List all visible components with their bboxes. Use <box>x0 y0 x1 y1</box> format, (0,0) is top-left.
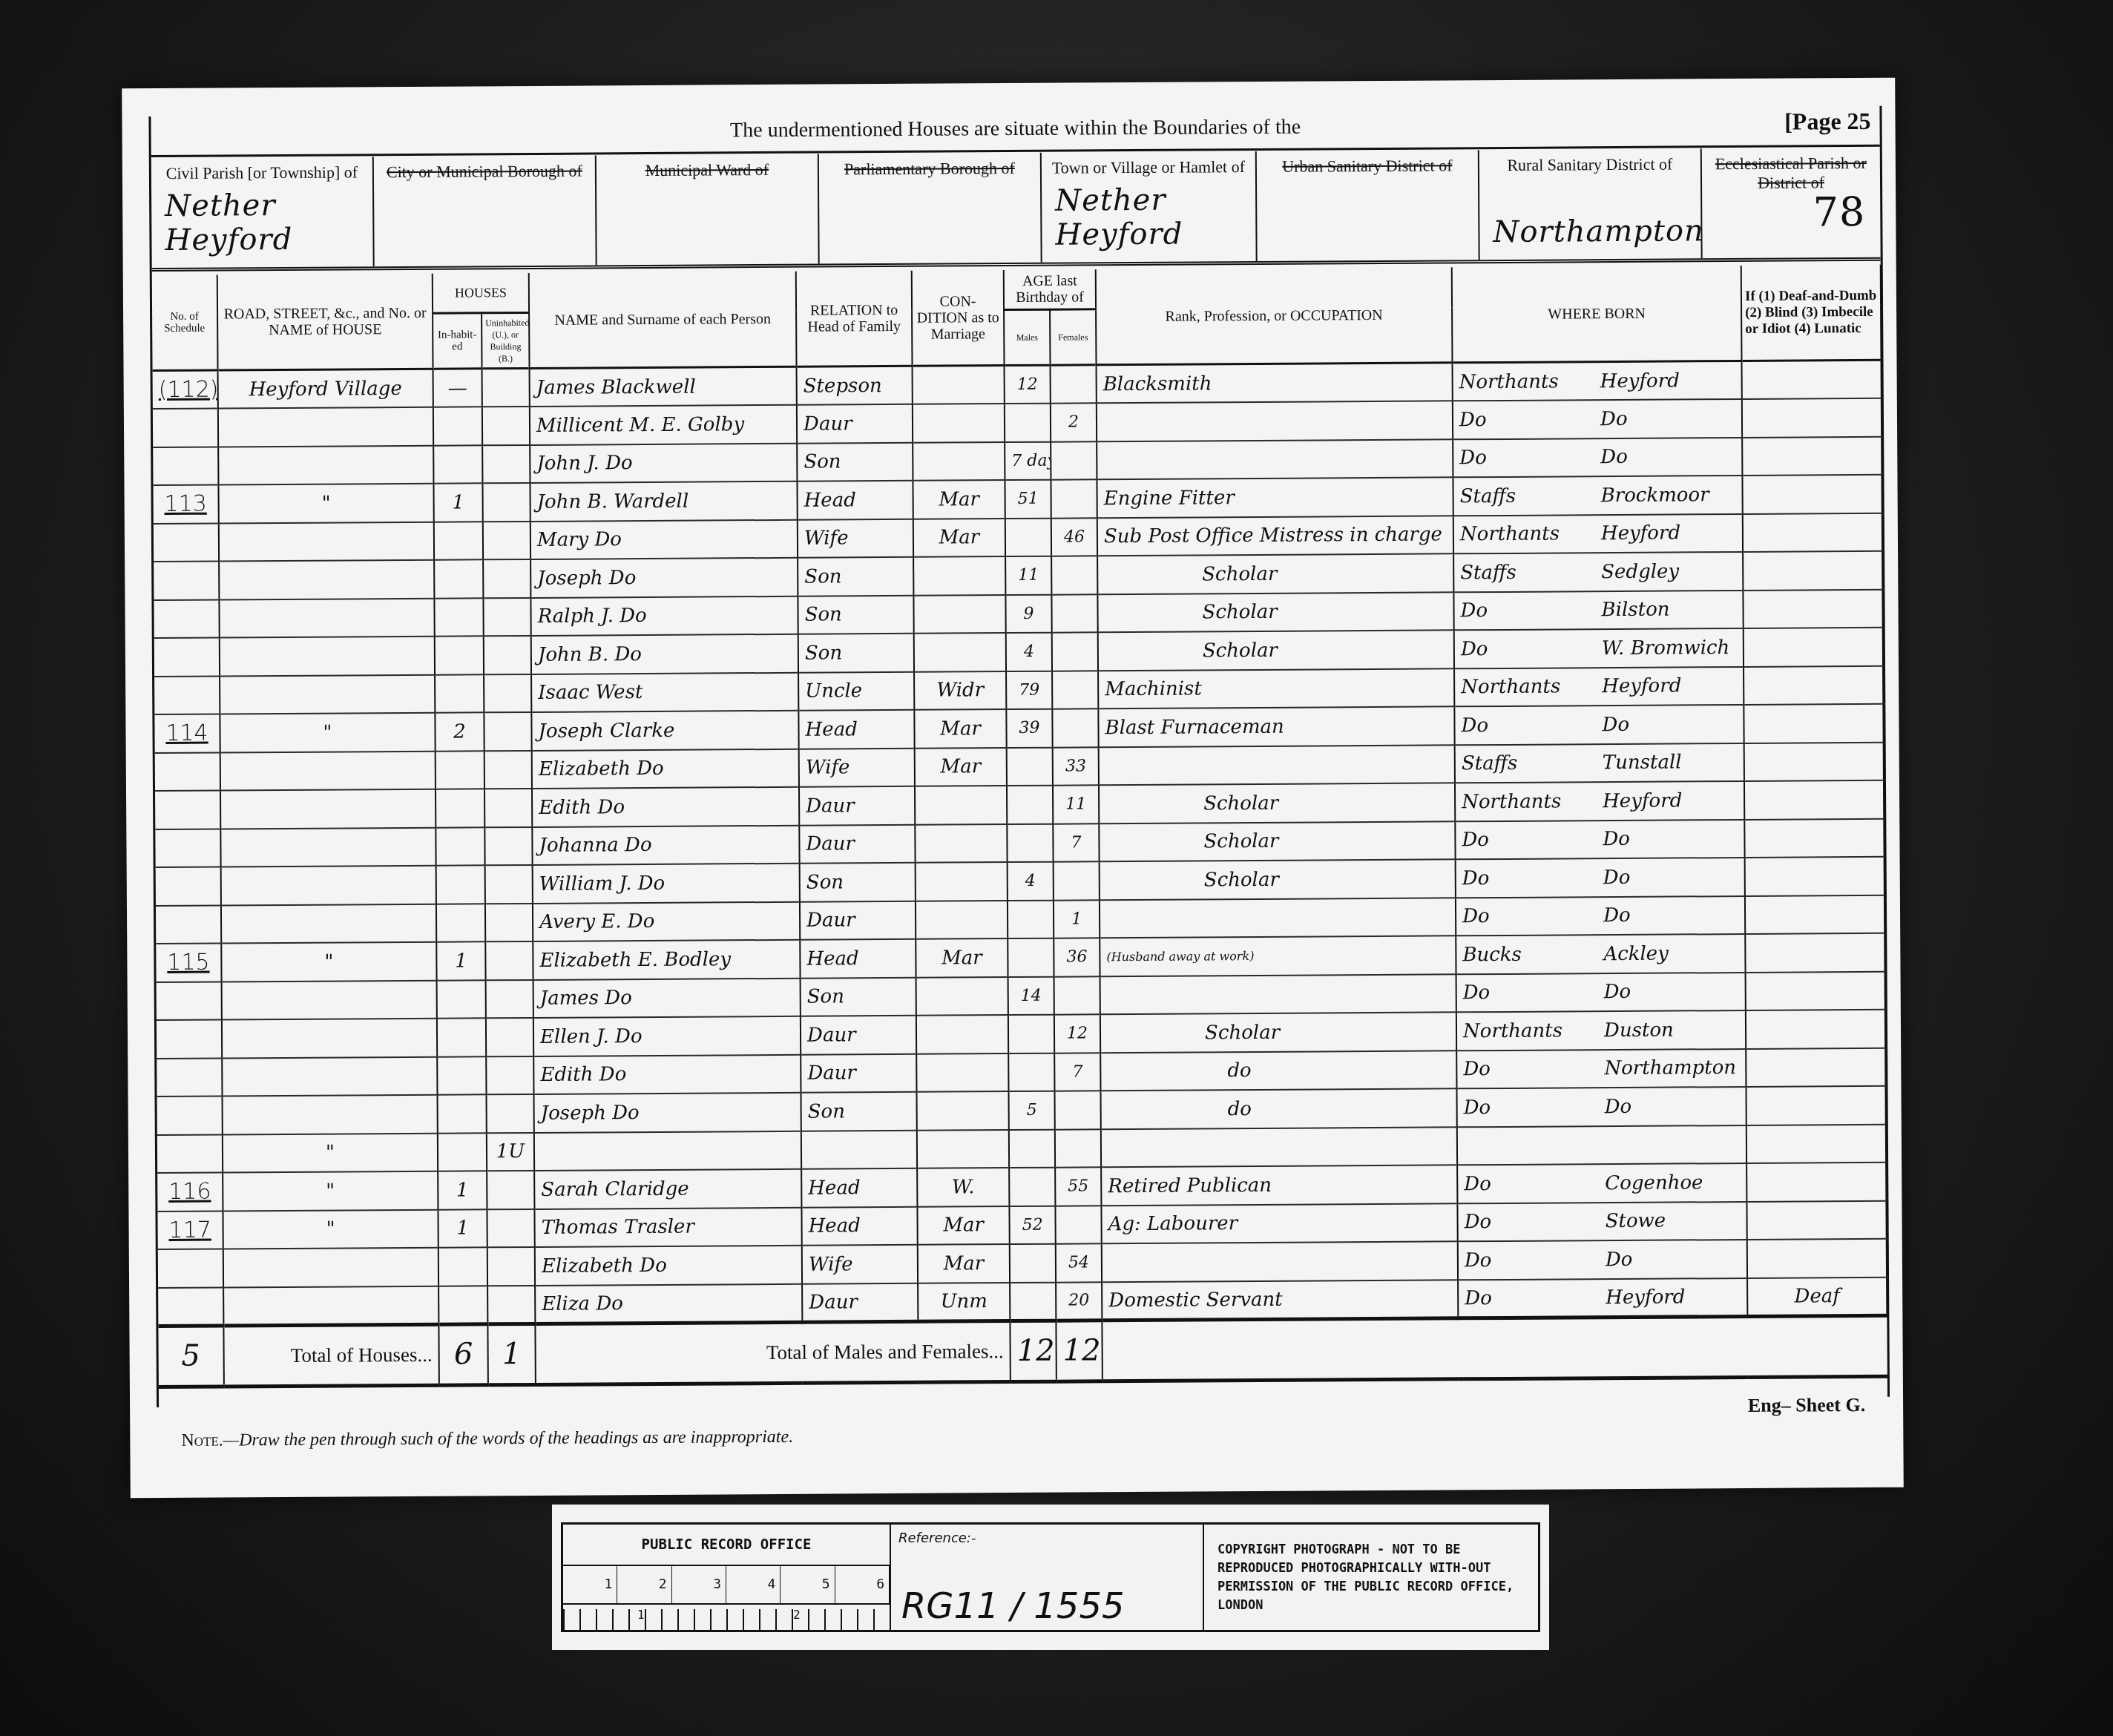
female-age-cell <box>1052 671 1098 709</box>
birth-county: Do <box>1464 1172 1605 1195</box>
birthplace-cell: DoDo <box>1456 858 1745 898</box>
name-cell: Joseph Do <box>534 1093 801 1133</box>
male-age-cell: 52 <box>1009 1206 1055 1244</box>
record-office-label: PUBLIC RECORD OFFICE 123456 1 2 Referenc… <box>552 1505 1549 1650</box>
uninhabited-cell: 1U <box>487 1132 534 1171</box>
uninhabited-cell <box>484 636 531 674</box>
female-age-cell: 2 <box>1051 403 1097 441</box>
male-age-cell: 39 <box>1006 709 1052 748</box>
birthplace-cell: DoDo <box>1453 399 1742 439</box>
inhabited-cell: 1 <box>436 941 485 980</box>
total-inhabited: 6 <box>438 1324 487 1384</box>
road-cell <box>223 1248 438 1287</box>
birth-place: Do <box>1604 981 1631 1003</box>
infirmity-cell <box>1746 1163 1886 1202</box>
condition-cell <box>916 1015 1008 1053</box>
col-females: Females <box>1050 309 1096 365</box>
occupation-cell: Scholar <box>1100 859 1456 899</box>
name-cell: John B. Wardell <box>530 481 797 522</box>
schedule-cell: 114 <box>154 714 220 753</box>
road-cell: " <box>221 942 436 982</box>
road-cell <box>220 637 435 676</box>
uninhabited-cell <box>487 1285 535 1324</box>
inhabited-cell <box>434 522 483 560</box>
birth-place: Heyford <box>1601 522 1680 545</box>
schedule-cell: (112) <box>153 370 218 409</box>
female-age-cell: 11 <box>1053 785 1099 823</box>
birthplace-cell: StaffsBrockmoor <box>1453 476 1742 516</box>
birthplace-cell: DoHeyford <box>1458 1278 1747 1318</box>
uninhabited-cell <box>484 789 532 827</box>
total-schedules: 5 <box>158 1326 223 1387</box>
office-name: PUBLIC RECORD OFFICE <box>563 1525 890 1566</box>
female-age-cell <box>1051 556 1097 594</box>
female-age-cell <box>1054 861 1100 900</box>
birth-county: Do <box>1461 637 1602 660</box>
district-field: City or Municipal Borough of <box>374 155 597 266</box>
col-uninhabited: Uninhabited (U.), or Building (B.) <box>482 312 529 368</box>
schedule-cell <box>155 791 220 829</box>
road-cell <box>219 560 434 599</box>
col-schedule: No. of Schedule <box>152 275 218 371</box>
female-age-cell: 7 <box>1054 1053 1100 1091</box>
name-cell: John B. Do <box>531 634 798 674</box>
male-age-cell: 11 <box>1005 556 1051 595</box>
male-age-cell: 4 <box>1006 633 1052 671</box>
relation-cell: Son <box>800 863 916 901</box>
infirmity-cell <box>1746 1010 1885 1049</box>
name-cell: Ralph J. Do <box>530 596 798 636</box>
birth-county: Do <box>1461 714 1602 737</box>
ruler-mark: 2 <box>793 1608 801 1622</box>
district-field: Municipal Ward of <box>597 154 820 266</box>
birthplace-cell: NorthantsDuston <box>1456 1010 1746 1051</box>
inhabited-cell <box>436 789 484 827</box>
relation-cell <box>801 1130 917 1168</box>
birthplace-cell: StaffsSedgley <box>1453 552 1743 592</box>
birth-place: Do <box>1600 446 1628 468</box>
male-age-cell: 9 <box>1005 594 1051 633</box>
schedule-cell: 113 <box>153 485 218 524</box>
birthplace-cell: StaffsTunstall <box>1455 743 1744 783</box>
inhabited-cell <box>436 827 484 866</box>
total-persons-label: Total of Males and Females... <box>535 1321 1010 1384</box>
infirmity-cell <box>1744 818 1884 858</box>
district-label: Ecclesiastical Parish or District of <box>1709 154 1873 193</box>
schedule-cell: 115 <box>156 944 221 982</box>
birth-place: Do <box>1600 408 1628 430</box>
infirmity-cell <box>1745 857 1884 896</box>
ruler-mark: 1 <box>637 1608 645 1622</box>
occupation-cell: Ag: Labourer <box>1101 1203 1457 1243</box>
schedule-cell <box>153 447 218 485</box>
district-label: Municipal Ward of <box>604 160 810 181</box>
occupation-cell: Retired Publican <box>1101 1165 1457 1205</box>
col-males: Males <box>1004 309 1050 365</box>
inhabited-cell: 1 <box>438 1171 487 1209</box>
male-age-cell: 5 <box>1009 1091 1055 1130</box>
inhabited-cell <box>436 865 485 904</box>
district-value: Northampton <box>1493 214 1704 249</box>
relation-cell: Head <box>801 1206 917 1245</box>
birth-county: Do <box>1459 446 1600 469</box>
birth-place: Duston <box>1604 1019 1674 1042</box>
occupation-cell: (Husband away at work) <box>1100 936 1456 976</box>
name-cell: James Blackwell <box>530 366 797 407</box>
male-age-cell <box>1007 747 1053 786</box>
infirmity-cell <box>1746 1048 1885 1087</box>
male-age-cell: 12 <box>1005 365 1051 404</box>
schedule-cell <box>158 1249 223 1288</box>
uninhabited-cell <box>483 559 530 598</box>
relation-cell: Daur <box>801 1016 916 1054</box>
district-label: Civil Parish [or Township] of <box>159 162 365 183</box>
infirmity-cell <box>1743 589 1882 628</box>
occupation-cell <box>1097 439 1453 479</box>
district-field: Civil Parish [or Township] ofNether Heyf… <box>151 157 375 268</box>
road-cell <box>222 1019 437 1058</box>
condition-cell: Mar <box>918 1244 1010 1283</box>
condition-cell: Mar <box>917 1206 1009 1245</box>
infirmity-cell <box>1744 628 1883 667</box>
relation-cell: Wife <box>802 1245 918 1283</box>
relation-cell: Head <box>798 710 914 749</box>
schedule-cell <box>156 867 221 906</box>
male-age-cell <box>1010 1282 1056 1321</box>
col-houses: HOUSES <box>433 273 529 313</box>
male-age-cell <box>1008 900 1054 938</box>
inhabited-cell <box>438 1133 487 1171</box>
birth-place: Sedgley <box>1601 560 1679 583</box>
birthplace-cell: DoStowe <box>1457 1201 1746 1241</box>
inhabited-cell <box>437 980 486 1019</box>
col-where-born: WHERE BORN <box>1452 266 1742 363</box>
schedule-cell <box>154 676 220 714</box>
infirmity-cell <box>1745 933 1884 973</box>
birthplace-cell: BucksAckley <box>1456 934 1745 974</box>
birth-county: Northants <box>1462 790 1603 813</box>
birth-county: Staffs <box>1460 484 1601 507</box>
schedule-cell <box>154 599 219 638</box>
uninhabited-cell <box>485 865 533 904</box>
birth-place: Bilston <box>1601 599 1669 622</box>
occupation-cell: do <box>1101 1088 1457 1128</box>
birth-county: Do <box>1465 1210 1606 1233</box>
infirmity-cell <box>1742 436 1882 476</box>
birth-county: Northants <box>1460 522 1601 545</box>
relation-cell: Son <box>797 442 913 481</box>
infirmity-cell <box>1743 551 1882 591</box>
female-age-cell <box>1051 594 1097 633</box>
district-label: City or Municipal Borough of <box>381 161 588 182</box>
road-cell: " <box>223 1133 438 1172</box>
road-cell <box>221 866 436 905</box>
infirmity-cell: Deaf <box>1747 1277 1887 1316</box>
district-field: Ecclesiastical Parish or District of78 <box>1702 148 1881 258</box>
district-label: Parliamentary Borough of <box>827 159 1033 180</box>
inhabited-cell <box>434 559 483 598</box>
birthplace-cell: DoNorthampton <box>1456 1048 1746 1088</box>
schedule-cell <box>156 905 221 944</box>
inhabited-cell <box>436 751 484 789</box>
birth-place: Do <box>1606 1249 1633 1271</box>
birth-county: Do <box>1462 904 1603 927</box>
birth-county: Do <box>1459 408 1600 431</box>
female-age-cell: 7 <box>1053 823 1099 862</box>
road-cell: Heyford Village <box>218 369 433 408</box>
occupation-cell: Scholar <box>1100 1012 1456 1052</box>
name-cell: Isaac West <box>531 672 798 712</box>
road-cell <box>220 789 436 829</box>
birth-place: W. Bromwich <box>1602 637 1730 660</box>
inhabited-cell: 1 <box>433 483 482 522</box>
name-cell: Elizabeth E. Bodley <box>533 940 800 980</box>
birth-county: Do <box>1465 1286 1606 1309</box>
occupation-cell: Scholar <box>1099 821 1455 861</box>
birth-county: Do <box>1460 599 1601 622</box>
occupation-cell: Blast Furnaceman <box>1098 706 1454 746</box>
condition-cell <box>913 366 1005 404</box>
infirmity-cell <box>1746 971 1885 1010</box>
inhabited-cell <box>433 445 482 484</box>
inhabited-cell: 2 <box>435 712 484 751</box>
district-field: Rural Sanitary District ofNorthampton <box>1479 148 1703 260</box>
schedule-cell <box>157 1134 223 1173</box>
birth-county: Northants <box>1459 370 1600 393</box>
road-cell <box>220 827 436 867</box>
district-header: Civil Parish [or Township] ofNether Heyf… <box>151 148 1881 272</box>
reference-label: Reference:- <box>898 1530 976 1546</box>
reference-value: RG11 / 1555 <box>901 1585 1124 1627</box>
condition-cell <box>916 862 1008 901</box>
male-age-cell: 79 <box>1006 671 1052 709</box>
name-cell: Ellen J. Do <box>533 1016 801 1056</box>
female-age-cell: 12 <box>1054 1014 1100 1053</box>
occupation-cell <box>1101 1127 1457 1167</box>
name-cell: Edith Do <box>533 1054 801 1094</box>
relation-cell: Daur <box>797 404 913 443</box>
copyright-notice: COPYRIGHT PHOTOGRAPH - NOT TO BE REPRODU… <box>1204 1525 1538 1630</box>
name-cell: Johanna Do <box>532 825 799 865</box>
birthplace-cell: NorthantsHeyford <box>1455 781 1744 821</box>
total-uninhabited: 1 <box>487 1324 536 1384</box>
birth-place: Do <box>1603 828 1630 850</box>
schedule-cell <box>154 523 219 562</box>
condition-cell <box>914 633 1006 671</box>
inhabited-cell <box>433 407 482 445</box>
road-cell <box>222 1056 437 1096</box>
road-cell <box>219 522 434 561</box>
scale-number: 5 <box>781 1566 835 1603</box>
infirmity-cell <box>1746 1200 1886 1240</box>
name-cell: Eliza Do <box>535 1283 802 1324</box>
schedule-cell <box>157 1020 222 1059</box>
relation-cell: Uncle <box>798 671 914 710</box>
inhabited-cell <box>435 674 484 713</box>
infirmity-cell <box>1742 398 1882 438</box>
male-age-cell: 7 days <box>1005 441 1051 480</box>
relation-cell: Daur <box>799 786 915 825</box>
condition-cell: Mar <box>913 519 1005 557</box>
scale-number: 2 <box>617 1566 671 1603</box>
infirmity-cell <box>1744 665 1883 705</box>
female-age-cell <box>1052 632 1098 671</box>
road-cell <box>223 1286 438 1325</box>
inhabited-cell: — <box>433 369 482 407</box>
birthplace-cell: DoDo <box>1454 705 1744 745</box>
male-age-cell: 4 <box>1008 862 1054 901</box>
male-age-cell <box>1008 1015 1054 1053</box>
inhabited-cell <box>438 1286 487 1324</box>
col-occupation: Rank, Profession, or OCCUPATION <box>1096 267 1453 364</box>
uninhabited-cell <box>486 1056 533 1094</box>
male-age-cell <box>1009 1129 1055 1168</box>
col-condition: CON-DITION as to Marriage <box>912 270 1005 366</box>
uninhabited-cell <box>483 597 530 636</box>
uninhabited-cell <box>482 407 530 445</box>
road-cell: " <box>223 1209 438 1249</box>
infirmity-cell <box>1744 780 1884 820</box>
note-text: —Draw the pen through such of the words … <box>223 1427 794 1450</box>
condition-cell <box>913 404 1005 442</box>
relation-cell: Head <box>800 939 916 978</box>
occupation-cell: Blacksmith <box>1097 363 1453 403</box>
birth-place: Cogenhoe <box>1605 1171 1703 1194</box>
col-age: AGE last Birthday of <box>1004 269 1096 309</box>
total-males: 12 <box>1010 1321 1056 1381</box>
female-age-cell <box>1055 1206 1101 1244</box>
road-cell <box>220 674 435 714</box>
name-cell: John J. Do <box>530 443 797 483</box>
infirmity-cell <box>1746 1086 1885 1125</box>
condition-cell: Mar <box>916 938 1008 977</box>
condition-cell <box>916 901 1008 939</box>
female-age-cell <box>1054 976 1100 1015</box>
uninhabited-cell <box>486 979 533 1018</box>
schedule-cell <box>158 1287 223 1326</box>
female-age-cell <box>1051 365 1097 404</box>
female-age-cell <box>1052 708 1098 747</box>
birthplace-cell: NorthantsHeyford <box>1454 666 1744 706</box>
scale-number: 3 <box>672 1566 726 1603</box>
district-value: 78 <box>1813 188 1865 235</box>
birth-place: Do <box>1603 904 1631 927</box>
birth-place: Heyford <box>1606 1286 1685 1309</box>
schedule-cell: 116 <box>157 1173 223 1211</box>
infirmity-cell <box>1742 360 1882 399</box>
relation-cell: Son <box>801 977 916 1016</box>
female-age-cell: 55 <box>1055 1167 1101 1206</box>
name-cell: Edith Do <box>532 787 799 827</box>
birth-county: Do <box>1463 981 1604 1004</box>
occupation-cell: Scholar <box>1097 592 1453 632</box>
birthplace-cell: DoW. Bromwich <box>1454 628 1744 668</box>
condition-cell <box>915 824 1007 863</box>
scale-numbers: 123456 <box>563 1566 890 1605</box>
name-cell: Millicent M. E. Golby <box>530 405 797 445</box>
uninhabited-cell <box>483 521 530 559</box>
occupation-cell: Machinist <box>1098 668 1454 708</box>
name-cell: Avery E. Do <box>533 901 800 941</box>
birthplace-cell: DoDo <box>1458 1240 1747 1280</box>
condition-cell: Mar <box>913 480 1005 519</box>
relation-cell: Son <box>798 557 913 596</box>
occupation-cell: Scholar <box>1099 783 1455 823</box>
birth-place: Brockmoor <box>1601 484 1709 507</box>
note-lead: Note. <box>181 1431 223 1450</box>
male-age-cell: 51 <box>1005 480 1051 519</box>
infirmity-cell <box>1744 704 1883 743</box>
female-age-cell <box>1051 479 1097 518</box>
birth-place: Northampton <box>1604 1056 1736 1079</box>
uninhabited-cell <box>487 1247 535 1286</box>
name-cell: Sarah Claridge <box>534 1169 801 1209</box>
road-cell <box>218 445 433 484</box>
uninhabited-cell <box>482 483 530 522</box>
district-label: Rural Sanitary District of <box>1487 154 1693 175</box>
inhabited-cell <box>434 598 483 637</box>
infirmity-cell <box>1746 1124 1886 1163</box>
birthplace-cell: DoDo <box>1457 1087 1746 1127</box>
ruler: 1 2 <box>563 1605 890 1630</box>
relation-cell: Head <box>801 1168 917 1207</box>
footnote: Note.—Draw the pen through such of the w… <box>181 1427 793 1451</box>
schedule-cell <box>153 409 218 447</box>
birthplace-cell: NorthantsHeyford <box>1453 361 1742 401</box>
female-age-cell: 20 <box>1056 1282 1102 1321</box>
road-cell: " <box>220 713 435 752</box>
male-age-cell <box>1008 1053 1054 1091</box>
schedule-cell <box>155 752 220 791</box>
census-sheet: The undermentioned Houses are situate wi… <box>122 78 1904 1499</box>
uninhabited-cell <box>484 674 531 712</box>
birth-place: Do <box>1603 867 1631 889</box>
total-blank <box>1102 1315 1887 1381</box>
name-cell: Thomas Trasler <box>534 1207 801 1247</box>
occupation-cell: do <box>1100 1051 1456 1091</box>
banner-heading: The undermentioned Houses are situate wi… <box>151 106 1879 152</box>
birth-county: Do <box>1465 1249 1606 1272</box>
birthplace-cell: DoDo <box>1456 972 1746 1012</box>
occupation-cell: Domestic Servant <box>1102 1280 1458 1320</box>
birth-place: Ackley <box>1603 942 1669 965</box>
birth-place: Tunstall <box>1603 752 1682 775</box>
condition-cell: Unm <box>918 1283 1010 1321</box>
district-value: Nether Heyford <box>1055 183 1256 252</box>
birth-county: Do <box>1462 867 1603 890</box>
road-cell <box>219 598 434 637</box>
male-age-cell <box>1010 1244 1056 1283</box>
condition-cell <box>913 442 1005 481</box>
road-cell <box>218 407 433 447</box>
birthplace-cell: DoCogenhoe <box>1457 1163 1746 1203</box>
occupation-cell <box>1100 974 1456 1014</box>
birthplace-cell: DoDo <box>1456 895 1745 936</box>
birth-county: Do <box>1462 828 1603 851</box>
birth-place: Heyford <box>1602 675 1681 698</box>
scale-number: 1 <box>563 1566 617 1603</box>
birthplace-cell: DoDo <box>1455 819 1744 859</box>
birth-place: Do <box>1605 1096 1632 1118</box>
road-cell <box>220 751 436 790</box>
total-females: 12 <box>1056 1320 1102 1381</box>
female-age-cell: 36 <box>1054 938 1100 976</box>
district-field: Parliamentary Borough of <box>819 153 1042 264</box>
col-road: ROAD, STREET, &c., and No. or NAME of HO… <box>217 274 433 370</box>
schedule-cell: 117 <box>157 1211 223 1249</box>
condition-cell <box>913 556 1005 595</box>
birth-place: Stowe <box>1606 1210 1666 1232</box>
